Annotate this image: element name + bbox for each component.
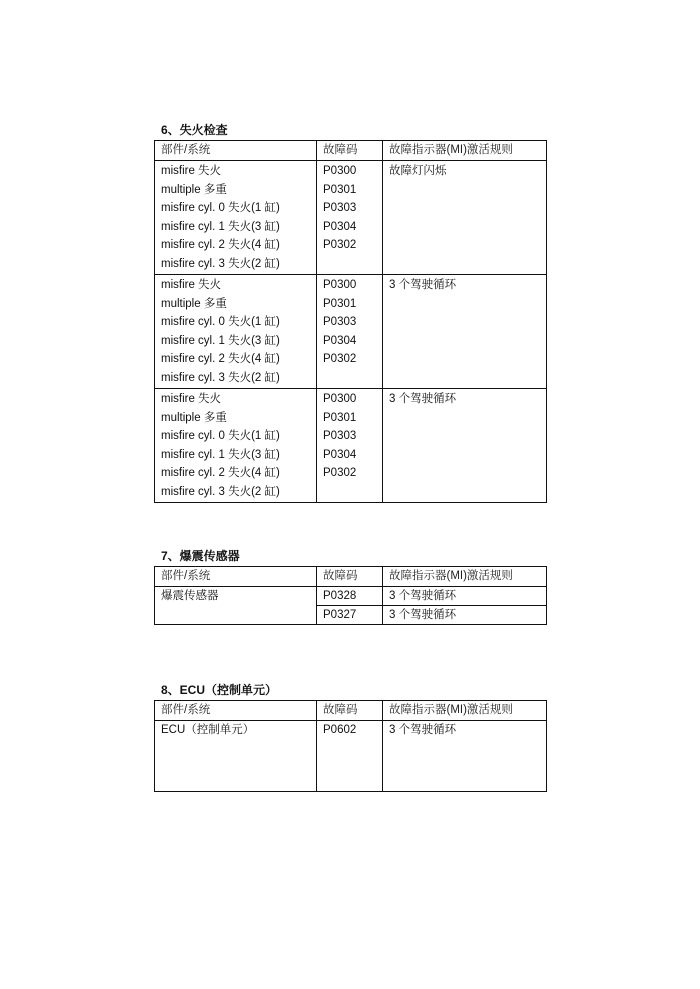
- mi-rule: 3 个驾驶循环: [383, 587, 547, 606]
- table-header-row: 部件/系统 故障码 故障指示器(MI)激活规则: [155, 701, 547, 721]
- header-component: 部件/系统: [155, 141, 317, 161]
- mi-rule: 故障灯闪烁: [389, 162, 546, 181]
- table-header-row: 部件/系统 故障码 故障指示器(MI)激活规则: [155, 141, 547, 161]
- component-cell: ECU（控制单元）: [155, 721, 317, 792]
- fault-code: P0301: [323, 181, 382, 200]
- knock-sensor-table: 部件/系统 故障码 故障指示器(MI)激活规则 爆震传感器 P0328 3 个驾…: [154, 566, 547, 625]
- component-item: misfire cyl. 3 失火(2 缸): [161, 483, 316, 502]
- table-row: ECU（控制单元） P0602 3 个驾驶循环: [155, 721, 547, 792]
- fault-code: P0303: [323, 313, 382, 332]
- component-item: multiple 多重: [161, 181, 316, 200]
- fault-code: P0300: [323, 162, 382, 181]
- ecu-table: 部件/系统 故障码 故障指示器(MI)激活规则 ECU（控制单元） P0602 …: [154, 700, 547, 792]
- fault-code: P0302: [323, 464, 382, 483]
- code-cell: P0300 P0301 P0303 P0304 P0302: [317, 389, 383, 503]
- section-ecu: 8、ECU（控制单元） 部件/系统 故障码 故障指示器(MI)激活规则 ECU（…: [154, 682, 546, 792]
- section-knock-sensor: 7、爆震传感器 部件/系统 故障码 故障指示器(MI)激活规则 爆震传感器 P0…: [154, 548, 546, 625]
- component-item: misfire 失火: [161, 276, 316, 295]
- component-item: misfire cyl. 1 失火(3 缸): [161, 218, 316, 237]
- code-cell: P0300 P0301 P0303 P0304 P0302: [317, 161, 383, 275]
- mi-rule: 3 个驾驶循环: [389, 276, 546, 295]
- component-item: misfire cyl. 2 失火(4 缸): [161, 236, 316, 255]
- fault-code: P0300: [323, 390, 382, 409]
- fault-code: P0304: [323, 446, 382, 465]
- component-item: misfire cyl. 3 失火(2 缸): [161, 255, 316, 274]
- fault-code: P0301: [323, 409, 382, 428]
- mi-rule: 3 个驾驶循环: [383, 721, 547, 792]
- header-fault-code: 故障码: [317, 141, 383, 161]
- section-misfire-check: 6、失火检查 部件/系统 故障码 故障指示器(MI)激活规则 misfire 失…: [154, 122, 546, 503]
- misfire-table: 部件/系统 故障码 故障指示器(MI)激活规则 misfire 失火 multi…: [154, 140, 547, 503]
- component-cell: misfire 失火 multiple 多重 misfire cyl. 0 失火…: [155, 389, 317, 503]
- section-title: 7、爆震传感器: [161, 548, 546, 564]
- fault-code: P0301: [323, 295, 382, 314]
- fault-code: P0304: [323, 332, 382, 351]
- component-item: misfire cyl. 1 失火(3 缸): [161, 446, 316, 465]
- table-row: 爆震传感器 P0328 3 个驾驶循环: [155, 587, 547, 606]
- component-item: misfire 失火: [161, 162, 316, 181]
- header-component: 部件/系统: [155, 567, 317, 587]
- header-fault-code: 故障码: [317, 701, 383, 721]
- rule-cell: 3 个驾驶循环: [383, 389, 547, 503]
- fault-code: P0602: [317, 721, 383, 792]
- component-cell: 爆震传感器: [155, 587, 317, 625]
- mi-rule: 3 个驾驶循环: [389, 390, 546, 409]
- mi-rule: 3 个驾驶循环: [383, 606, 547, 625]
- component-item: misfire cyl. 2 失火(4 缸): [161, 464, 316, 483]
- component-item: misfire cyl. 1 失火(3 缸): [161, 332, 316, 351]
- header-component: 部件/系统: [155, 701, 317, 721]
- table-header-row: 部件/系统 故障码 故障指示器(MI)激活规则: [155, 567, 547, 587]
- table-row: misfire 失火 multiple 多重 misfire cyl. 0 失火…: [155, 161, 547, 275]
- section-title: 8、ECU（控制单元）: [161, 682, 546, 698]
- fault-code: P0328: [317, 587, 383, 606]
- component-item: misfire 失火: [161, 390, 316, 409]
- header-mi-rule: 故障指示器(MI)激活规则: [383, 701, 547, 721]
- fault-code: P0304: [323, 218, 382, 237]
- fault-code: P0327: [317, 606, 383, 625]
- fault-code: P0300: [323, 276, 382, 295]
- fault-code: P0303: [323, 427, 382, 446]
- component-cell: misfire 失火 multiple 多重 misfire cyl. 0 失火…: [155, 275, 317, 389]
- rule-cell: 故障灯闪烁: [383, 161, 547, 275]
- section-title: 6、失火检查: [161, 122, 546, 138]
- table-row: misfire 失火 multiple 多重 misfire cyl. 0 失火…: [155, 275, 547, 389]
- component-item: misfire cyl. 2 失火(4 缸): [161, 350, 316, 369]
- rule-cell: 3 个驾驶循环: [383, 275, 547, 389]
- header-mi-rule: 故障指示器(MI)激活规则: [383, 567, 547, 587]
- fault-code: P0303: [323, 199, 382, 218]
- fault-code: P0302: [323, 350, 382, 369]
- component-cell: misfire 失火 multiple 多重 misfire cyl. 0 失火…: [155, 161, 317, 275]
- fault-code: P0302: [323, 236, 382, 255]
- component-item: multiple 多重: [161, 295, 316, 314]
- header-fault-code: 故障码: [317, 567, 383, 587]
- header-mi-rule: 故障指示器(MI)激活规则: [383, 141, 547, 161]
- component-item: misfire cyl. 3 失火(2 缸): [161, 369, 316, 388]
- component-item: misfire cyl. 0 失火(1 缸): [161, 199, 316, 218]
- component-item: multiple 多重: [161, 409, 316, 428]
- code-cell: P0300 P0301 P0303 P0304 P0302: [317, 275, 383, 389]
- component-item: misfire cyl. 0 失火(1 缸): [161, 313, 316, 332]
- component-item: misfire cyl. 0 失火(1 缸): [161, 427, 316, 446]
- table-row: misfire 失火 multiple 多重 misfire cyl. 0 失火…: [155, 389, 547, 503]
